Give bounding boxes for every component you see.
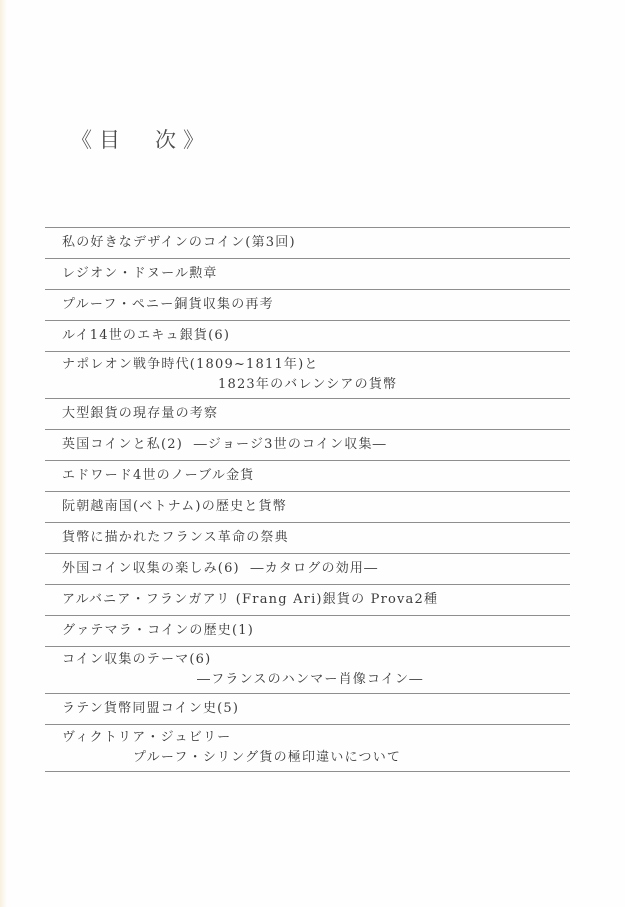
toc-row: 英国コインと私(2) ―ジョージ3世のコイン収集―	[45, 429, 570, 460]
toc-item-text: エドワード4世のノーブル金貨	[45, 466, 570, 486]
toc-row: ヴィクトリア・ジュビリー プルーフ・シリング貨の極印違いについて	[45, 724, 570, 771]
toc-item-text: レジオン・ドヌール勲章	[45, 264, 570, 284]
toc-item-text: ナポレオン戦争時代(1809~1811年)と	[45, 355, 570, 375]
toc-item-text: アルバニア・フランガアリ (Frang Ari)銀貨の Prova2種	[45, 590, 570, 610]
toc-item-text: 英国コインと私(2) ―ジョージ3世のコイン収集―	[45, 435, 570, 455]
toc-row: コイン収集のテーマ(6) ―フランスのハンマー肖像コイン―	[45, 646, 570, 693]
toc-row: レジオン・ドヌール勲章	[45, 258, 570, 289]
page-title: 《目 次》	[71, 124, 211, 154]
toc-row: エドワード4世のノーブル金貨	[45, 460, 570, 491]
toc-item-text-continuation: プルーフ・シリング貨の極印違いについて	[45, 748, 570, 768]
toc-row: 貨幣に描かれたフランス革命の祭典	[45, 522, 570, 553]
toc-row: 阮朝越南国(ベトナム)の歴史と貨幣	[45, 491, 570, 522]
toc-row: 外国コイン収集の楽しみ(6) ―カタログの効用―	[45, 553, 570, 584]
toc-item-text: 外国コイン収集の楽しみ(6) ―カタログの効用―	[45, 559, 570, 579]
toc-row: ルイ14世のエキュ銀貨(6)	[45, 320, 570, 351]
toc-item-text-continuation: ―フランスのハンマー肖像コイン―	[45, 670, 570, 690]
toc-row: ナポレオン戦争時代(1809~1811年)と 1823年のバレンシアの貨幣	[45, 351, 570, 398]
toc-row: プルーフ・ペニー銅貨収集の再考	[45, 289, 570, 320]
toc-item-text-continuation: 1823年のバレンシアの貨幣	[45, 375, 570, 395]
toc-row: 大型銀貨の現存量の考察	[45, 398, 570, 429]
toc-item-text: ヴィクトリア・ジュビリー	[45, 728, 570, 748]
toc-row: ラテン貨幣同盟コイン史(5)	[45, 693, 570, 724]
page-edge-shadow	[0, 0, 7, 907]
toc-item-text: ラテン貨幣同盟コイン史(5)	[45, 699, 570, 719]
table-of-contents: 私の好きなデザインのコイン(第3回) レジオン・ドヌール勲章 プルーフ・ペニー銅…	[45, 227, 570, 772]
toc-item-text: 私の好きなデザインのコイン(第3回)	[45, 233, 570, 253]
toc-row: アルバニア・フランガアリ (Frang Ari)銀貨の Prova2種	[45, 584, 570, 615]
toc-row: 私の好きなデザインのコイン(第3回)	[45, 227, 570, 258]
toc-item-text: 貨幣に描かれたフランス革命の祭典	[45, 528, 570, 548]
toc-item-text: コイン収集のテーマ(6)	[45, 650, 570, 670]
toc-item-text: 阮朝越南国(ベトナム)の歴史と貨幣	[45, 497, 570, 517]
toc-item-text: ルイ14世のエキュ銀貨(6)	[45, 326, 570, 346]
toc-item-text: 大型銀貨の現存量の考察	[45, 404, 570, 424]
toc-item-text: プルーフ・ペニー銅貨収集の再考	[45, 295, 570, 315]
toc-item-text: グァテマラ・コインの歴史(1)	[45, 621, 570, 641]
toc-row: グァテマラ・コインの歴史(1)	[45, 615, 570, 646]
